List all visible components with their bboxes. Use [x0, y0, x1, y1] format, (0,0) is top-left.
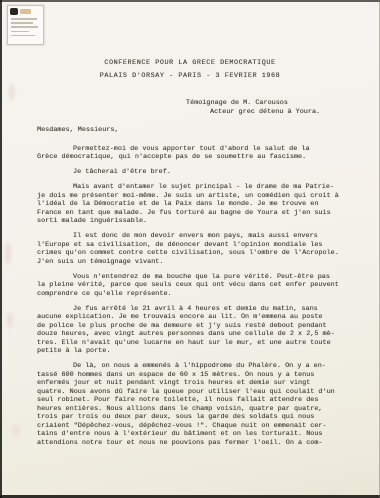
archive-label-text-line [11, 26, 38, 28]
archive-label-text-line [11, 35, 35, 37]
archive-label [7, 5, 44, 45]
paragraph-3: Mais avant d'entamer le sujet principal … [37, 183, 349, 226]
scanned-document-page: CONFERENCE POUR LA GRECE DEMOCRATIQUE PA… [0, 0, 380, 498]
stain-mark [5, 243, 11, 265]
document-header: CONFERENCE POUR LA GRECE DEMOCRATIQUE PA… [0, 57, 380, 82]
paragraph-1: Permettez-moi de vous apporter tout d'ab… [37, 145, 349, 162]
attribution-line1: Témoignage de M. Carousos [186, 99, 320, 108]
conference-title: CONFERENCE POUR LA GRECE DEMOCRATIQUE [0, 57, 380, 70]
paragraph-5: Vous n'entendrez de ma bouche que la pur… [37, 273, 349, 299]
paragraph-7: De là, on nous a emmenés à l'hippodrome … [37, 362, 349, 447]
archive-label-stamp-mark [10, 8, 18, 15]
archive-label-ink-smudge [20, 9, 31, 14]
paragraph-6: Je fus arrêté le 21 avril à 4 heures et … [37, 305, 349, 356]
archive-label-text-line [11, 22, 33, 24]
stain-mark [8, 84, 15, 100]
archive-label-text-line [11, 31, 29, 33]
stain-mark [7, 312, 13, 328]
conference-subtitle: PALAIS D'ORSAY - PARIS - 3 FEVRIER 1968 [0, 70, 380, 83]
scan-edge-top [0, 0, 380, 2]
paragraph-2: Je tâcherai d'être bref. [37, 168, 349, 177]
document-body: Mesdames, Messieurs, Permettez-moi de vo… [37, 126, 349, 454]
archive-label-text-line [11, 18, 37, 20]
attribution-line2: Acteur grec détenu à Youra. [186, 108, 320, 117]
testimony-attribution: Témoignage de M. Carousos Acteur grec dé… [186, 99, 320, 116]
stain-mark [12, 424, 20, 436]
salutation: Mesdames, Messieurs, [37, 126, 349, 135]
paragraph-4: Il est donc de mon devoir envers mon pay… [37, 232, 349, 266]
